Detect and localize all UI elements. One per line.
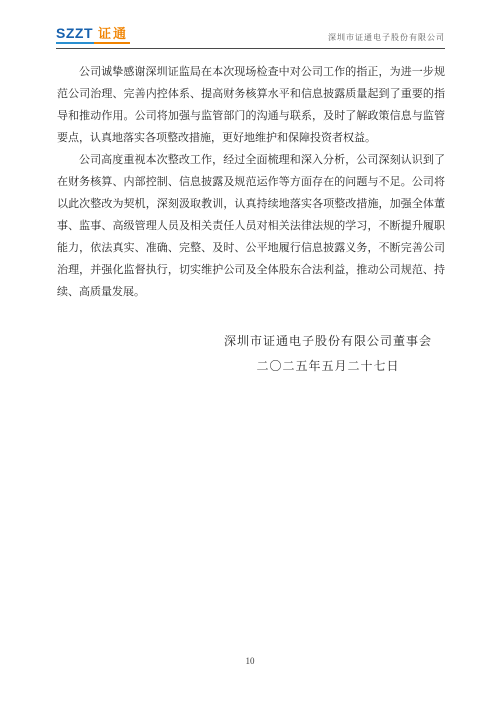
document-page: SZZT 证通 深圳市证通电子股份有限公司 公司诚挚感谢深圳证监局在本次现场检查…	[0, 0, 500, 707]
page-number: 10	[246, 656, 255, 666]
paragraph-2: 公司高度重视本次整改工作，经过全面梳理和深入分析，公司深刻认识到了在财务核算、内…	[57, 149, 445, 303]
page-footer: 10	[0, 651, 500, 669]
szzt-logo: SZZT 证通	[56, 26, 130, 47]
paragraph-1: 公司诚挚感谢深圳证监局在本次现场检查中对公司工作的指正，为进一步规范公司治理、完…	[57, 61, 445, 149]
szzt-logo-text-cn: 证通	[94, 27, 130, 44]
signature-block: 深圳市证通电子股份有限公司董事会 二〇二五年五月二十七日	[57, 329, 445, 379]
document-body: 公司诚挚感谢深圳证监局在本次现场检查中对公司工作的指正，为进一步规范公司治理、完…	[57, 61, 445, 379]
signature-company-line: 深圳市证通电子股份有限公司董事会	[224, 329, 432, 354]
header-divider	[56, 48, 445, 49]
signature-date-line: 二〇二五年五月二十七日	[224, 354, 432, 379]
szzt-logo-text-en: SZZT	[56, 26, 94, 44]
header-company-name: 深圳市证通电子股份有限公司	[328, 32, 445, 47]
page-header: SZZT 证通 深圳市证通电子股份有限公司	[56, 26, 445, 49]
